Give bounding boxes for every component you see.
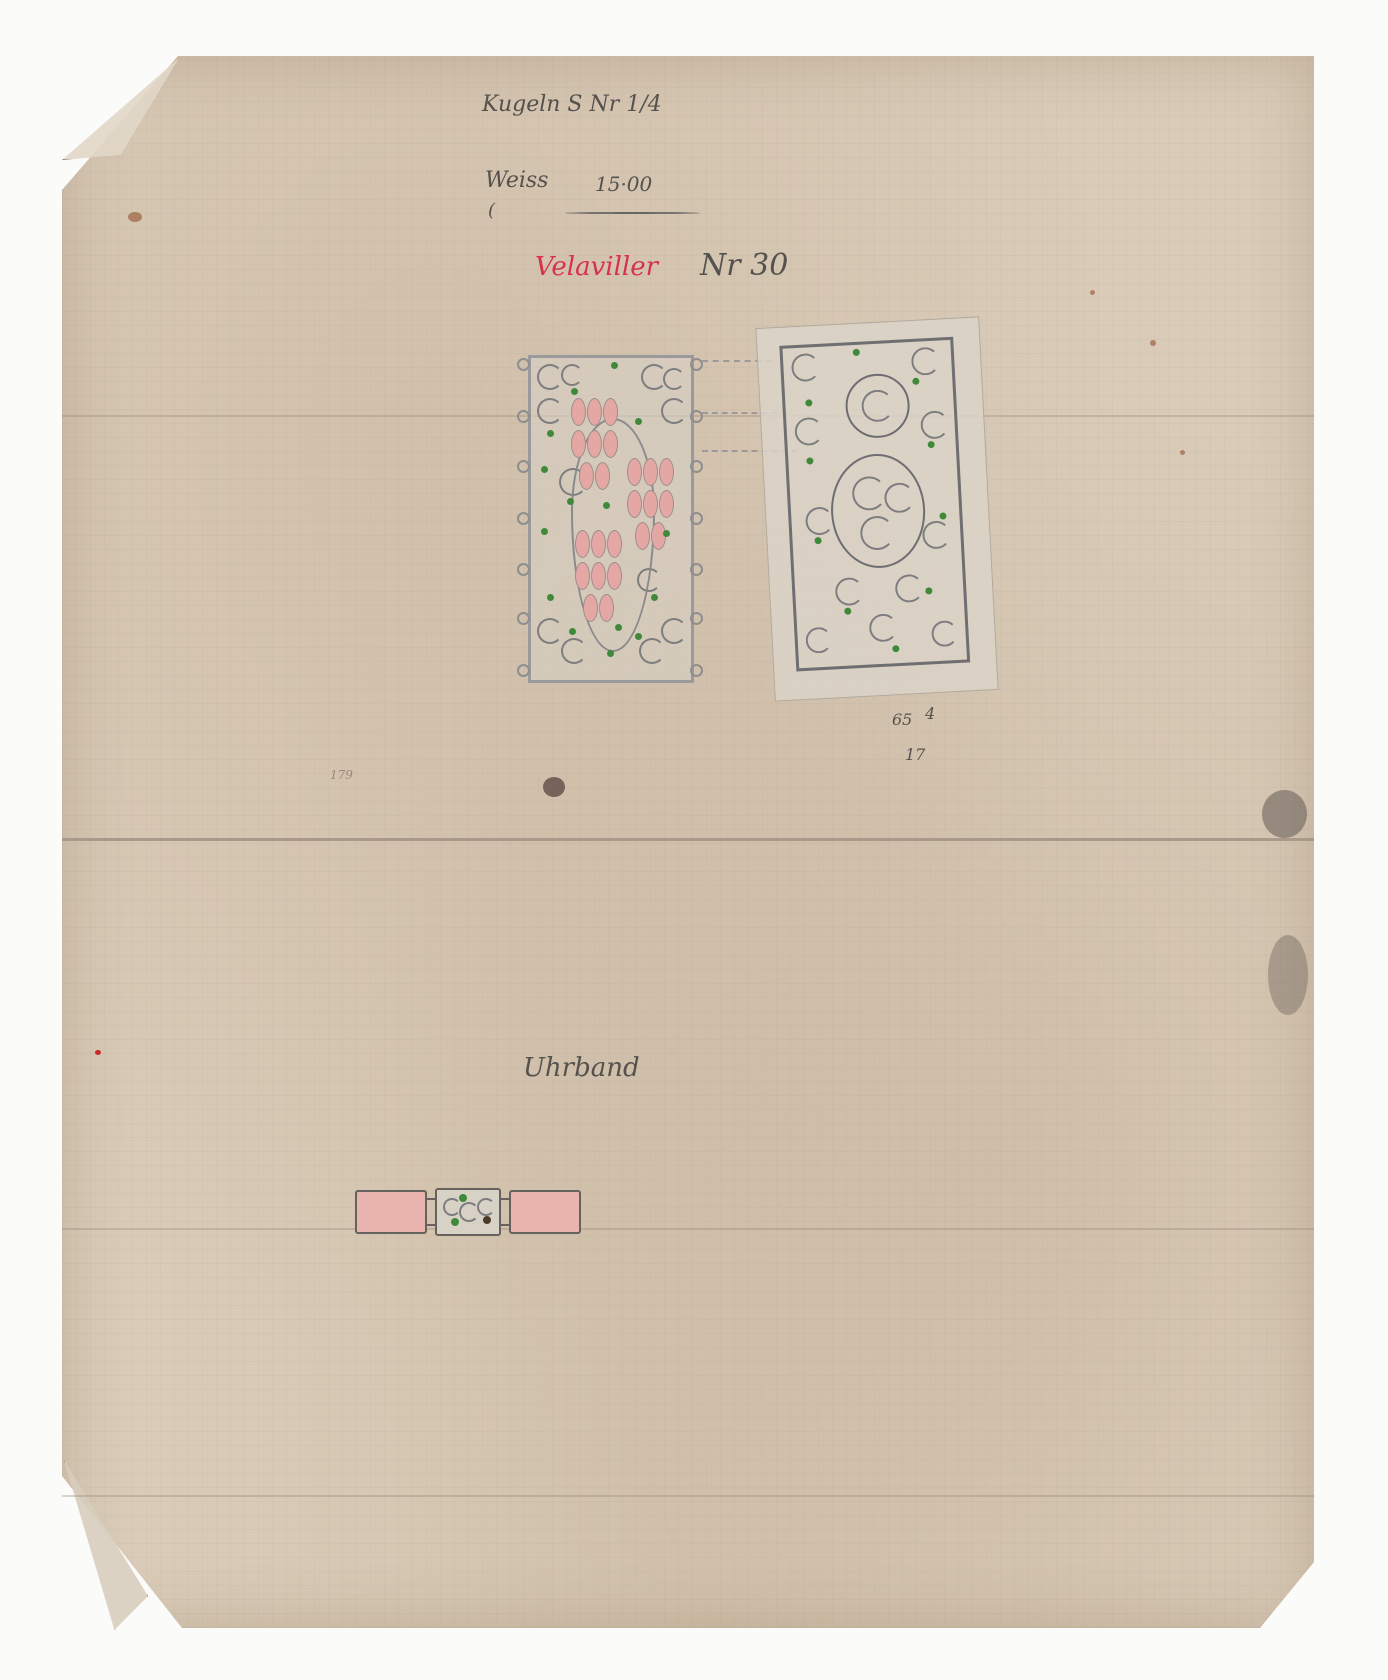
scanned-document: Kugeln S Nr 1/4 Weiss 15·00 ( Velaviller… xyxy=(0,0,1388,1680)
watch-band-sketch xyxy=(355,1188,595,1238)
stain xyxy=(128,212,142,222)
stain xyxy=(1090,290,1095,295)
red-mark xyxy=(95,1050,101,1055)
crease-line xyxy=(62,1495,1314,1497)
margin-mark: 179 xyxy=(330,768,353,782)
margin-mark: 65 xyxy=(892,710,912,729)
note-line-1: Kugeln S Nr 1/4 xyxy=(482,92,662,117)
note-price: 15·00 xyxy=(595,172,652,196)
stain xyxy=(1180,450,1185,455)
stain xyxy=(1150,340,1156,346)
stain xyxy=(1268,935,1308,1015)
margin-mark: 17 xyxy=(905,745,925,764)
maker-name: Velaviller xyxy=(535,252,658,282)
stain xyxy=(543,777,565,797)
paper-sheet xyxy=(62,56,1314,1628)
crease-line xyxy=(62,1228,1314,1230)
item-number: Nr 30 xyxy=(700,248,788,283)
stain xyxy=(1262,790,1307,838)
note-line-3: ( xyxy=(488,200,495,221)
price-underline xyxy=(565,212,700,214)
center-fold xyxy=(62,838,1314,841)
left-panel-design xyxy=(528,355,694,683)
right-panel-tracing xyxy=(755,316,998,701)
watch-band-label: Uhrband xyxy=(523,1053,640,1083)
margin-mark: 4 xyxy=(925,704,935,723)
note-line-2: Weiss xyxy=(485,168,548,193)
